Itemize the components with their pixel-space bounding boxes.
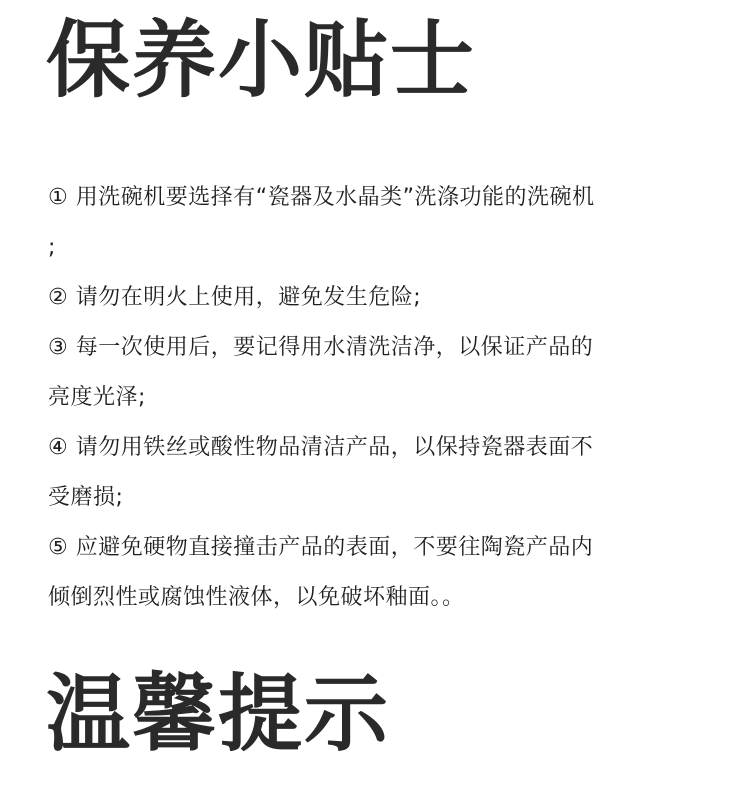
tip-5-line-2: 倾倒烈性或腐蚀性液体，以免破坏釉面。。: [48, 578, 678, 628]
tip-3-line-2: 亮度光泽;: [48, 378, 678, 428]
tip-1-line-2: ;: [48, 228, 678, 278]
tip-4-line-2: 受磨损;: [48, 478, 678, 528]
tip-4-line-1: ④ 请勿用铁丝或酸性物品清洁产品，以保持瓷器表面不: [48, 428, 678, 478]
care-tips-title: 保养小贴士: [46, 18, 476, 102]
care-tips-list: ① 用洗碗机要选择有“瓷器及水晶类”洗涤功能的洗碗机 ; ② 请勿在明火上使用，…: [48, 178, 678, 628]
warm-reminder-title: 温馨提示: [46, 672, 390, 756]
tip-3-line-1: ③ 每一次使用后，要记得用水清洗洁净，以保证产品的: [48, 328, 678, 378]
tip-1-line-1: ① 用洗碗机要选择有“瓷器及水晶类”洗涤功能的洗碗机: [48, 178, 678, 228]
tip-2-line-1: ② 请勿在明火上使用，避免发生危险;: [48, 278, 678, 328]
tip-5-line-1: ⑤ 应避免硬物直接撞击产品的表面，不要往陶瓷产品内: [48, 528, 678, 578]
